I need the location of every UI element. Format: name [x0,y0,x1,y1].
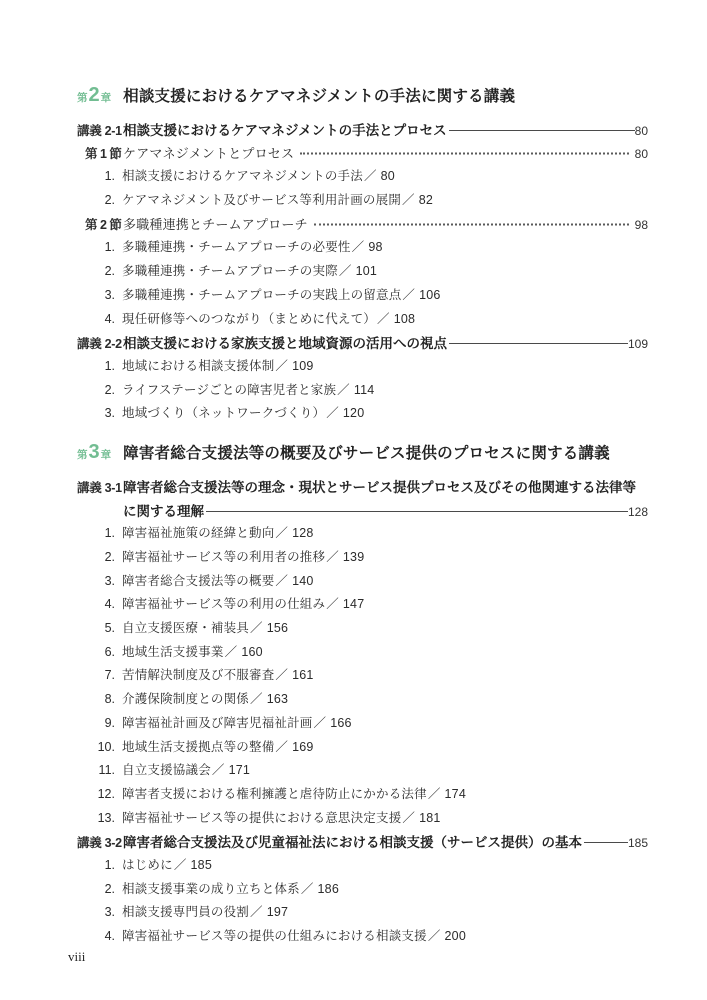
item-page-number: 139 [343,550,364,564]
page-number: 80 [635,124,648,138]
item-text-group: 障害者総合支援法等の概要／140 [122,571,314,589]
item-page-number: 80 [381,169,395,183]
item-text-group: 障害福祉サービス等の提供における意思決定支援／181 [122,808,441,826]
toc-item-row: 2.ライフステージごとの障害児者と家族／114 [77,380,648,404]
item-page-number: 197 [267,905,288,919]
toc-lecture-row: 講義 2-2相談支援における家族支援と地域資源の活用への視点109 [77,332,648,356]
item-title: 障害福祉サービス等の利用の仕組み [122,597,325,611]
toc-section-row: 第 2 節多職種連携とチームアプローチ98 [77,214,648,238]
section-title: 多職種連携とチームアプローチ [123,214,308,233]
item-page-number: 101 [356,264,377,278]
toc-item-row: 3.相談支援専門員の役割／197 [77,902,648,926]
item-text-group: 多職種連携・チームアプローチの実際／101 [122,261,377,279]
item-text-group: 苦情解決制度及び不服審査／161 [122,665,314,683]
item-title: 多職種連携・チームアプローチの実践上の留意点 [122,288,401,302]
item-title: 障害福祉サービス等の提供における意思決定支援 [122,811,401,825]
leader-rule [449,343,628,344]
item-number: 1. [94,169,115,183]
chapter-number: 3 [89,442,100,462]
item-page-number: 147 [343,597,364,611]
page-number: 98 [635,218,648,232]
item-separator: ／ [402,811,415,825]
lecture-title: 障害者総合支援法及び児童福祉法における相談支援（サービス提供）の基本 [123,831,582,851]
item-page-number: 169 [292,740,313,754]
item-number: 3. [94,574,115,588]
item-separator: ／ [326,406,339,420]
item-text-group: 自立支援協議会／171 [122,760,250,778]
toc-item-row: 2.障害福祉サービス等の利用者の推移／139 [77,547,648,571]
item-separator: ／ [352,240,365,254]
toc-item-row: 2.ケアマネジメント及びサービス等利用計画の展開／82 [77,190,648,214]
item-number: 7. [94,668,115,682]
item-number: 3. [94,288,115,302]
chapter-block: 第3章障害者総合支援法等の概要及びサービス提供のプロセスに関する講義講義 3-1… [77,441,648,950]
toc-item-row: 7.苦情解決制度及び不服審査／161 [77,665,648,689]
lecture-title-line2: に関する理解 [123,500,204,520]
toc-item-row: 3.地域づくり（ネットワークづくり）／120 [77,403,648,427]
item-text-group: ライフステージごとの障害児者と家族／114 [122,380,374,398]
item-separator: ／ [174,858,187,872]
item-text-group: 障害福祉サービス等の利用の仕組み／147 [122,594,364,612]
lecture-label: 講義 3-2 [77,833,123,851]
item-number: 3. [94,406,115,420]
item-text-group: 多職種連携・チームアプローチの必要性／98 [122,237,383,255]
item-page-number: 171 [229,763,250,777]
toc-item-row: 9.障害福祉計画及び障害児福祉計画／166 [77,713,648,737]
item-number: 1. [94,359,115,373]
item-number: 5. [94,621,115,635]
chapter-heading: 第3章障害者総合支援法等の概要及びサービス提供のプロセスに関する講義 [77,441,648,463]
item-number: 11. [94,763,115,777]
item-number: 8. [94,692,115,706]
page-number: 128 [628,505,648,519]
item-title: 相談支援事業の成り立ちと体系 [122,882,300,896]
item-separator: ／ [275,668,288,682]
toc-item-row: 2.多職種連携・チームアプローチの実際／101 [77,261,648,285]
page-number: 109 [628,337,648,351]
item-separator: ／ [428,787,441,801]
section-label: 第 2 節 [85,215,123,233]
item-separator: ／ [250,621,263,635]
item-separator: ／ [225,645,238,659]
item-title: 現任研修等へのつながり（まとめに代えて） [122,312,376,326]
toc-item-row: 3.障害者総合支援法等の概要／140 [77,571,648,595]
section-title: ケアマネジメントとプロセス [123,143,294,162]
toc-lecture-row-continued: に関する理解128 [77,500,648,524]
toc-item-row: 1.多職種連携・チームアプローチの必要性／98 [77,237,648,261]
item-number: 4. [94,597,115,611]
lecture-title: 障害者総合支援法等の理念・現状とサービス提供プロセス及びその他関連する法律等 [123,476,636,496]
item-text-group: 地域づくり（ネットワークづくり）／120 [122,403,364,421]
item-page-number: 140 [292,574,313,588]
item-separator: ／ [326,550,339,564]
item-page-number: 120 [343,406,364,420]
toc-item-row: 4.障害福祉サービス等の利用の仕組み／147 [77,594,648,618]
lecture-label: 講義 3-1 [77,478,123,496]
item-separator: ／ [275,526,288,540]
item-text-group: 相談支援におけるケアマネジメントの手法／80 [122,166,395,184]
toc-lecture-row: 講義 2-1相談支援におけるケアマネジメントの手法とプロセス80 [77,119,648,143]
item-number: 10. [94,740,115,754]
item-number: 1. [94,240,115,254]
item-title: 地域づくり（ネットワークづくり） [122,406,325,420]
item-page-number: 163 [267,692,288,706]
toc-section-row: 第 1 節ケアマネジメントとプロセス80 [77,143,648,167]
chapter-label-suffix: 章 [101,447,112,462]
leader-dots [300,152,628,154]
item-title: 苦情解決制度及び不服審査 [122,668,274,682]
item-title: はじめに [122,858,173,872]
item-text-group: 自立支援医療・補装具／156 [122,618,288,636]
item-number: 12. [94,787,115,801]
item-separator: ／ [275,359,288,373]
item-separator: ／ [337,383,350,397]
item-separator: ／ [377,312,390,326]
item-number: 2. [94,193,115,207]
item-page-number: 186 [318,882,339,896]
item-title: 障害福祉施策の経緯と動向 [122,526,274,540]
item-number: 1. [94,858,115,872]
item-title: ライフステージごとの障害児者と家族 [122,383,336,397]
item-text-group: ケアマネジメント及びサービス等利用計画の展開／82 [122,190,433,208]
item-text-group: 障害福祉施策の経緯と動向／128 [122,523,314,541]
item-page-number: 114 [354,383,375,397]
item-separator: ／ [301,882,314,896]
item-separator: ／ [428,929,441,943]
item-number: 6. [94,645,115,659]
toc-item-row: 1.地域における相談支援体制／109 [77,356,648,380]
item-text-group: 相談支援専門員の役割／197 [122,902,288,920]
item-separator: ／ [402,288,415,302]
item-title: 障害者支援における権利擁護と虐待防止にかかる法律 [122,787,427,801]
item-text-group: 障害福祉サービス等の利用者の推移／139 [122,547,364,565]
item-title: 障害福祉計画及び障害児福祉計画 [122,716,313,730]
chapter-title: 相談支援におけるケアマネジメントの手法に関する講義 [123,84,515,106]
toc-item-row: 6.地域生活支援事業／160 [77,642,648,666]
item-title: 地域生活支援拠点等の整備 [122,740,274,754]
item-number: 13. [94,811,115,825]
chapter-heading: 第2章相談支援におけるケアマネジメントの手法に関する講義 [77,84,648,106]
item-number: 9. [94,716,115,730]
lecture-title: 相談支援におけるケアマネジメントの手法とプロセス [123,119,447,139]
item-separator: ／ [275,574,288,588]
toc-item-row: 8.介護保険制度との関係／163 [77,689,648,713]
item-page-number: 166 [330,716,351,730]
item-separator: ／ [250,905,263,919]
item-number: 2. [94,882,115,896]
lecture-title: 相談支援における家族支援と地域資源の活用への視点 [123,332,447,352]
toc-item-row: 10.地域生活支援拠点等の整備／169 [77,737,648,761]
lecture-label: 講義 2-1 [77,121,123,139]
item-text-group: 障害者支援における権利擁護と虐待防止にかかる法律／174 [122,784,466,802]
item-page-number: 108 [394,312,415,326]
toc-lecture-row: 講義 3-1障害者総合支援法等の理念・現状とサービス提供プロセス及びその他関連す… [77,476,648,500]
toc-item-row: 2.相談支援事業の成り立ちと体系／186 [77,879,648,903]
item-text-group: 地域生活支援事業／160 [122,642,263,660]
item-title: ケアマネジメント及びサービス等利用計画の展開 [122,193,401,207]
section-label: 第 1 節 [85,144,123,162]
toc-item-row: 1.はじめに／185 [77,855,648,879]
chapter-label-prefix: 第 [77,90,88,105]
item-page-number: 98 [368,240,382,254]
item-text-group: 地域生活支援拠点等の整備／169 [122,737,314,755]
leader-rule [206,511,628,512]
toc-item-row: 11.自立支援協議会／171 [77,760,648,784]
item-page-number: 160 [241,645,262,659]
item-text-group: 相談支援事業の成り立ちと体系／186 [122,879,339,897]
item-title: 介護保険制度との関係 [122,692,249,706]
leader-dots [314,223,629,225]
item-number: 2. [94,383,115,397]
item-text-group: 多職種連携・チームアプローチの実践上の留意点／106 [122,285,441,303]
item-title: 自立支援協議会 [122,763,211,777]
item-title: 多職種連携・チームアプローチの実際 [122,264,338,278]
toc-item-row: 4.障害福祉サービス等の提供の仕組みにおける相談支援／200 [77,926,648,950]
lecture-label: 講義 2-2 [77,334,123,352]
item-number: 3. [94,905,115,919]
item-number: 4. [94,929,115,943]
item-page-number: 174 [445,787,466,801]
item-separator: ／ [250,692,263,706]
item-number: 1. [94,526,115,540]
leader-rule [449,130,635,131]
toc-item-row: 1.相談支援におけるケアマネジメントの手法／80 [77,166,648,190]
item-page-number: 82 [419,193,433,207]
item-separator: ／ [402,193,415,207]
item-title: 障害福祉サービス等の提供の仕組みにおける相談支援 [122,929,427,943]
item-number: 2. [94,550,115,564]
item-text-group: 地域における相談支援体制／109 [122,356,314,374]
item-text-group: 介護保険制度との関係／163 [122,689,288,707]
item-separator: ／ [339,264,352,278]
item-separator: ／ [364,169,377,183]
item-title: 障害福祉サービス等の利用者の推移 [122,550,325,564]
item-page-number: 109 [292,359,313,373]
item-title: 障害者総合支援法等の概要 [122,574,274,588]
item-title: 多職種連携・チームアプローチの必要性 [122,240,351,254]
item-title: 相談支援におけるケアマネジメントの手法 [122,169,363,183]
toc-item-row: 12.障害者支援における権利擁護と虐待防止にかかる法律／174 [77,784,648,808]
toc-lecture-row: 講義 3-2障害者総合支援法及び児童福祉法における相談支援（サービス提供）の基本… [77,831,648,855]
toc-item-row: 3.多職種連携・チームアプローチの実践上の留意点／106 [77,285,648,309]
chapter-label-suffix: 章 [101,90,112,105]
toc-content: 第2章相談支援におけるケアマネジメントの手法に関する講義講義 2-1相談支援にお… [77,84,648,950]
item-page-number: 185 [191,858,212,872]
item-page-number: 156 [267,621,288,635]
item-title: 相談支援専門員の役割 [122,905,249,919]
item-title: 地域における相談支援体制 [122,359,274,373]
item-text-group: はじめに／185 [122,855,212,873]
item-title: 地域生活支援事業 [122,645,224,659]
leader-rule [584,842,628,843]
item-text-group: 現任研修等へのつながり（まとめに代えて）／108 [122,309,415,327]
item-page-number: 106 [419,288,440,302]
chapter-block: 第2章相談支援におけるケアマネジメントの手法に関する講義講義 2-1相談支援にお… [77,84,648,427]
item-title: 自立支援医療・補装具 [122,621,249,635]
item-text-group: 障害福祉計画及び障害児福祉計画／166 [122,713,352,731]
toc-item-row: 5.自立支援医療・補装具／156 [77,618,648,642]
item-separator: ／ [326,597,339,611]
item-separator: ／ [275,740,288,754]
page-number: 185 [628,836,648,850]
footer-page-number: viii [68,949,85,965]
page-number: 80 [635,147,648,161]
item-number: 4. [94,312,115,326]
item-page-number: 181 [419,811,440,825]
item-page-number: 161 [292,668,313,682]
item-page-number: 200 [445,929,466,943]
toc-item-row: 13.障害福祉サービス等の提供における意思決定支援／181 [77,808,648,832]
item-separator: ／ [212,763,225,777]
item-text-group: 障害福祉サービス等の提供の仕組みにおける相談支援／200 [122,926,466,944]
chapter-number: 2 [89,85,100,105]
item-number: 2. [94,264,115,278]
chapter-title: 障害者総合支援法等の概要及びサービス提供のプロセスに関する講義 [123,441,610,463]
item-separator: ／ [314,716,327,730]
toc-item-row: 4.現任研修等へのつながり（まとめに代えて）／108 [77,309,648,333]
chapter-label-prefix: 第 [77,447,88,462]
item-page-number: 128 [292,526,313,540]
toc-item-row: 1.障害福祉施策の経緯と動向／128 [77,523,648,547]
